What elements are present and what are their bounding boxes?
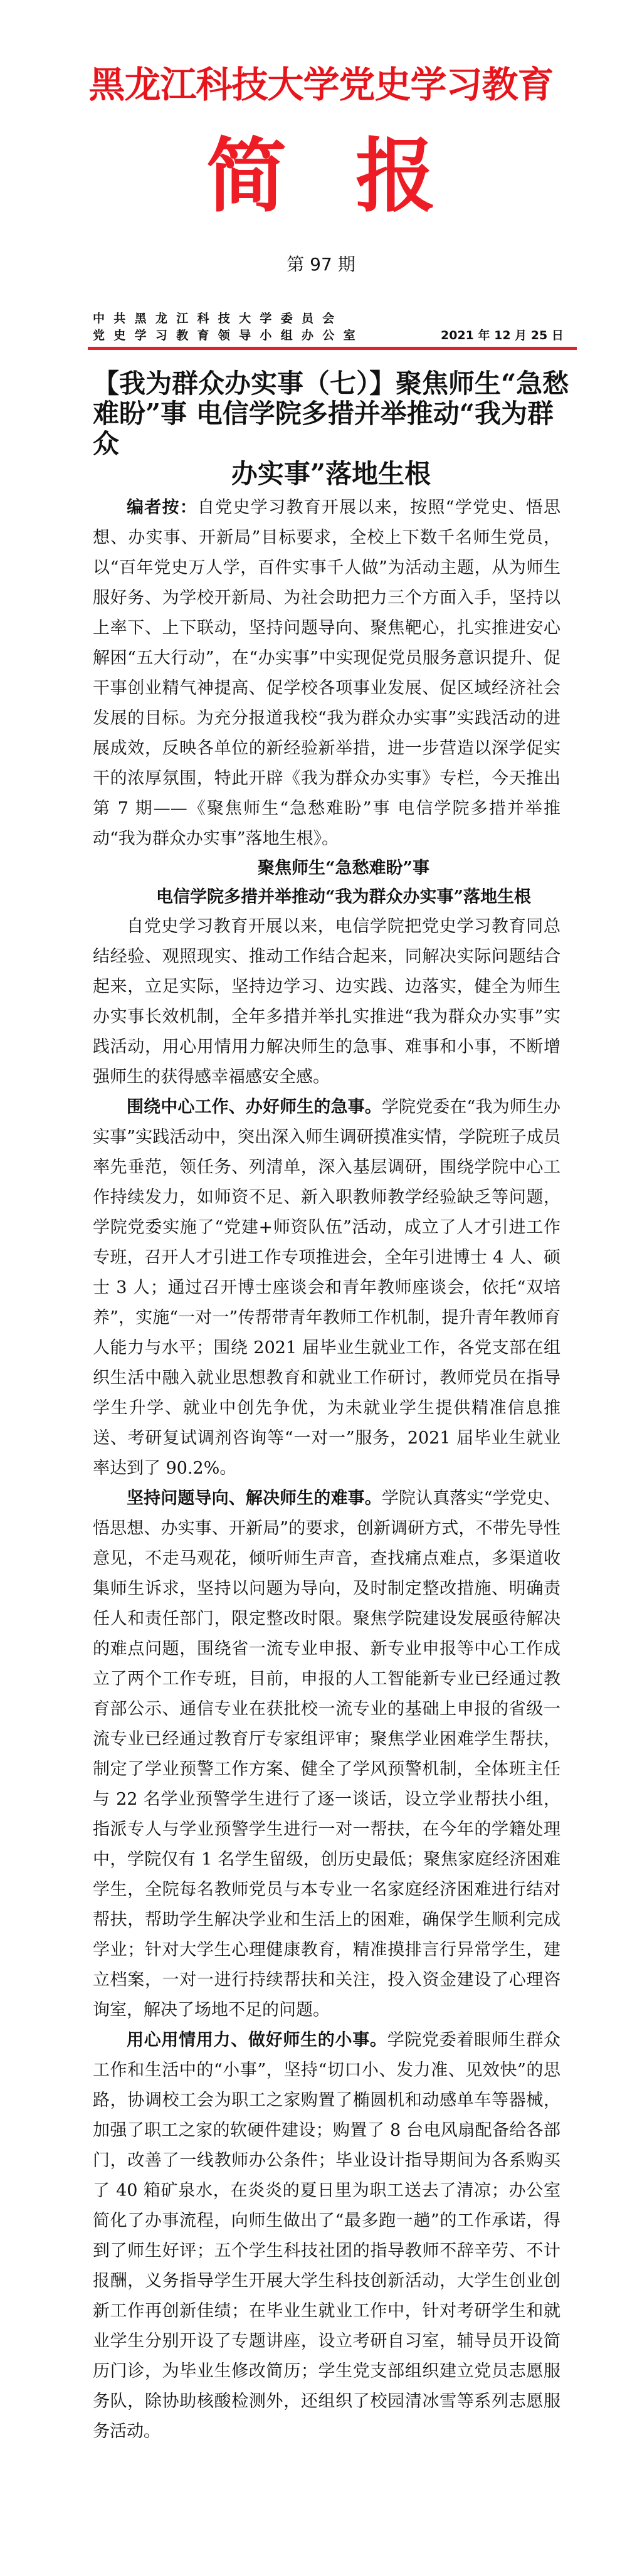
article-body: 编者按：自党史学习教育开展以来，按照“学党史、悟思想、办实事、开新局”目标要求，…: [93, 493, 560, 2447]
headline-part2: 办实事”落地生根: [93, 459, 569, 489]
publisher-org-line1: 中共黑龙江科技大学委员会: [93, 309, 344, 326]
editor-note-text: 自党史学习教育开展以来，按照“学党史、悟思想、办实事、开新局”目标要求，全校上下…: [93, 498, 560, 848]
issue-number: 第 97 期: [0, 251, 642, 276]
section-paragraph: 用心用情用力、做好师生的小事。学院党委着眼师生群众工作和生活中的“小事”，坚持“…: [93, 2025, 560, 2447]
editor-note-label: 编者按：: [127, 498, 197, 517]
publish-date: 2021 年 12 月 25 日: [441, 326, 564, 343]
publisher-org-line2: 党史学习教育领导小组办公室: [93, 326, 364, 343]
section-text: 学院党委着眼师生群众工作和生活中的“小事”，坚持“切口小、发力准、见效快”的思路…: [93, 2030, 560, 2441]
editor-note: 编者按：自党史学习教育开展以来，按照“学党史、悟思想、办实事、开新局”目标要求，…: [93, 493, 560, 854]
section-paragraph: 围绕中心工作、办好师生的急事。学院党委在“我为师生办实事”实践活动中，突出深入师…: [93, 1092, 560, 1484]
article-subtitle-line1: 聚焦师生“急愁难盼”事: [93, 854, 560, 883]
section-lead: 坚持问题导向、解决师生的难事。: [127, 1489, 382, 1508]
intro-paragraph: 自党史学习教育开展以来，电信学院把党史学习教育同总结经验、观照现实、推动工作结合…: [93, 912, 560, 1092]
headline-part1: 【我为群众办实事（七）】聚焦师生“急愁难盼”事 电信学院多措并举推动“我为群众: [93, 368, 569, 459]
red-divider: [88, 347, 577, 350]
masthead-brief: 简报: [0, 112, 642, 227]
section-lead: 围绕中心工作、办好师生的急事。: [127, 1097, 382, 1117]
section-paragraph: 坚持问题导向、解决师生的难事。学院认真落实“学党史、悟思想、办实事、开新局”的要…: [93, 1484, 560, 2025]
article-headline: 【我为群众办实事（七）】聚焦师生“急愁难盼”事 电信学院多措并举推动“我为群众 …: [93, 369, 569, 489]
section-text: 学院认真落实“学党史、悟思想、办实事、开新局”的要求，创新调研方式，不带先导性意…: [93, 1489, 560, 2020]
masthead-title: 黑龙江科技大学党史学习教育: [0, 55, 642, 108]
article-subtitle-line2: 电信学院多措并举推动“我为群众办实事”落地生根: [93, 883, 560, 912]
section-text: 学院党委在“我为师生办实事”实践活动中，突出深入师生调研摸准实情，学院班子成员率…: [93, 1097, 560, 1478]
section-lead: 用心用情用力、做好师生的小事。: [127, 2030, 387, 2050]
